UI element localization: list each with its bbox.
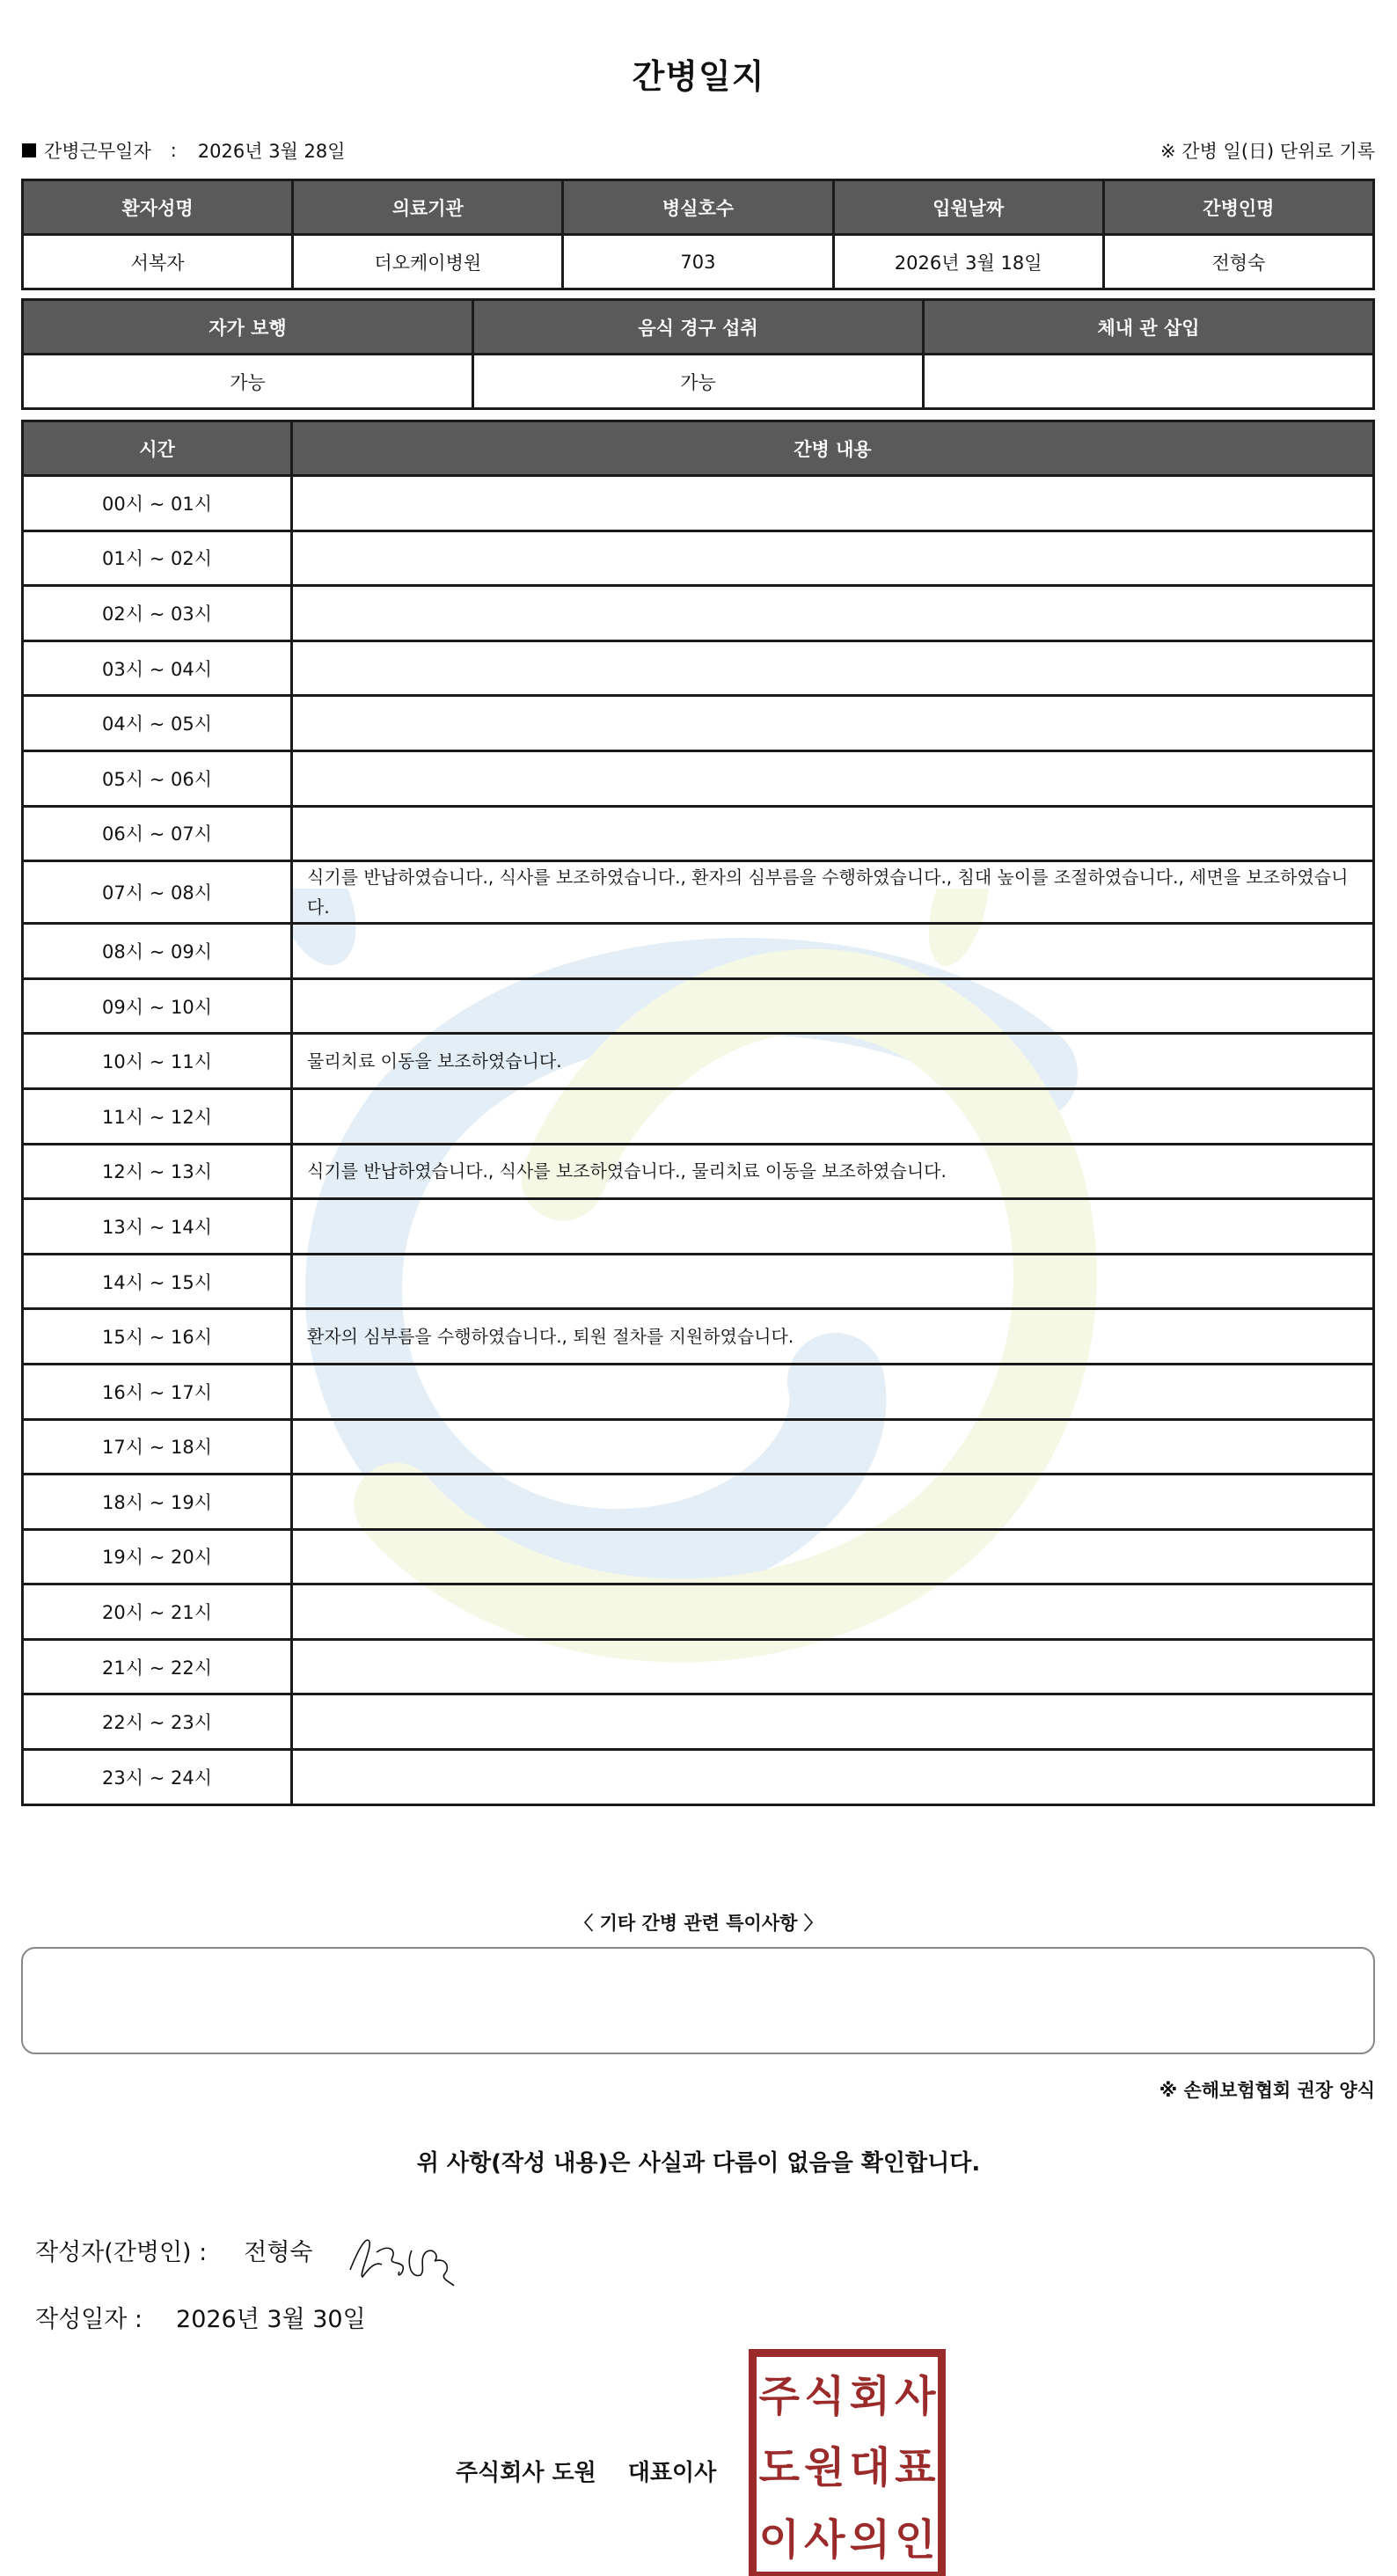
- hospital-cell: 더오케이병원: [293, 235, 563, 289]
- written-date-line: 작성일자 : 2026년 3월 30일: [35, 2300, 366, 2334]
- work-date-value: 2026년 3월 28일: [198, 137, 346, 164]
- time-slot-cell: 07시 ~ 08시: [23, 861, 292, 924]
- stamp-char: 사: [893, 2362, 939, 2423]
- time-slot-cell: 04시 ~ 05시: [23, 696, 292, 751]
- care-log-row: 11시 ~ 12시: [23, 1088, 1374, 1144]
- care-content-cell: [292, 1419, 1374, 1475]
- care-log-row: 08시 ~ 09시: [23, 924, 1374, 979]
- care-content-cell: [292, 1199, 1374, 1255]
- work-date-line: 간병근무일자 : 2026년 3월 28일: [22, 137, 346, 164]
- tube-insertion-cell: [924, 355, 1374, 409]
- condition-header-row: 자가 보행 음식 경구 섭취 체내 관 삽입: [23, 300, 1374, 355]
- form-note: ※ 손해보험협회 권장 양식: [1159, 2076, 1375, 2103]
- header-room-number: 병실호수: [563, 180, 833, 235]
- care-content-cell: [292, 586, 1374, 641]
- page-title: 간병일지: [0, 49, 1397, 98]
- care-content-cell: [292, 1475, 1374, 1530]
- care-log-row: 15시 ~ 16시환자의 심부름을 수행하였습니다., 퇴원 절차를 지원하였습…: [23, 1309, 1374, 1365]
- care-content-cell: 환자의 심부름을 수행하였습니다., 퇴원 절차를 지원하였습니다.: [292, 1309, 1374, 1365]
- time-slot-cell: 19시 ~ 20시: [23, 1529, 292, 1584]
- care-content-cell: [292, 1529, 1374, 1584]
- day-unit-note: ※ 간병 일(日) 단위로 기록: [1160, 137, 1375, 164]
- time-slot-cell: 11시 ~ 12시: [23, 1088, 292, 1144]
- care-content-cell: [292, 1254, 1374, 1309]
- care-log-row: 19시 ~ 20시: [23, 1529, 1374, 1584]
- patient-name-cell: 서복자: [23, 235, 293, 289]
- work-date-separator: :: [171, 140, 177, 161]
- time-slot-cell: 06시 ~ 07시: [23, 806, 292, 861]
- care-content-cell: 식기를 반납하였습니다., 식사를 보조하였습니다., 물리치료 이동을 보조하…: [292, 1144, 1374, 1199]
- time-slot-cell: 17시 ~ 18시: [23, 1419, 292, 1475]
- care-content-cell: [292, 531, 1374, 586]
- care-log-row: 17시 ~ 18시: [23, 1419, 1374, 1475]
- care-log-row: 14시 ~ 15시: [23, 1254, 1374, 1309]
- header-caregiver-name: 간병인명: [1103, 180, 1373, 235]
- admission-date-cell: 2026년 3월 18일: [833, 235, 1103, 289]
- care-content-cell: 물리치료 이동을 보조하였습니다.: [292, 1034, 1374, 1089]
- writer-name: 전형숙: [244, 2233, 312, 2267]
- care-content-cell: [292, 476, 1374, 531]
- time-slot-cell: 05시 ~ 06시: [23, 750, 292, 806]
- care-log-row: 23시 ~ 24시: [23, 1750, 1374, 1805]
- time-slot-cell: 21시 ~ 22시: [23, 1639, 292, 1694]
- stamp-char: 주: [757, 2362, 802, 2423]
- stamp-char: 식: [802, 2362, 848, 2423]
- stamp-char: 회: [847, 2362, 893, 2423]
- stamp-char: 사: [802, 2506, 848, 2566]
- time-slot-cell: 09시 ~ 10시: [23, 978, 292, 1034]
- confirmation-statement: 위 사항(작성 내용)은 사실과 다름이 없음을 확인합니다.: [0, 2145, 1397, 2177]
- time-slot-cell: 01시 ~ 02시: [23, 531, 292, 586]
- time-slot-cell: 13시 ~ 14시: [23, 1199, 292, 1255]
- stamp-char: 표: [893, 2433, 939, 2494]
- room-number-cell: 703: [563, 235, 833, 289]
- care-log-row: 10시 ~ 11시물리치료 이동을 보조하였습니다.: [23, 1034, 1374, 1089]
- care-log-row: 22시 ~ 23시: [23, 1694, 1374, 1750]
- stamp-char: 도: [757, 2433, 802, 2494]
- condition-value-row: 가능 가능: [23, 355, 1374, 409]
- caregiver-name-cell: 전형숙: [1103, 235, 1373, 289]
- time-slot-cell: 10시 ~ 11시: [23, 1034, 292, 1089]
- time-slot-cell: 14시 ~ 15시: [23, 1254, 292, 1309]
- header-care-content: 간병 내용: [292, 421, 1374, 476]
- stamp-char: 인: [893, 2506, 939, 2566]
- time-slot-cell: 03시 ~ 04시: [23, 640, 292, 696]
- writer-label: 작성자(간병인) :: [35, 2233, 207, 2267]
- header-patient-name: 환자성명: [23, 180, 293, 235]
- work-date-label: 간병근무일자: [44, 137, 151, 164]
- written-date-value: 2026년 3월 30일: [176, 2300, 366, 2334]
- care-content-cell: 식기를 반납하였습니다., 식사를 보조하였습니다., 환자의 심부름을 수행하…: [292, 861, 1374, 924]
- care-log-row: 01시 ~ 02시: [23, 531, 1374, 586]
- care-content-cell: [292, 696, 1374, 751]
- care-log-row: 13시 ~ 14시: [23, 1199, 1374, 1255]
- time-slot-cell: 22시 ~ 23시: [23, 1694, 292, 1750]
- patient-info-table: 환자성명 의료기관 병실호수 입원날짜 간병인명 서복자 더오케이병원 703 …: [21, 179, 1375, 290]
- time-slot-cell: 02시 ~ 03시: [23, 586, 292, 641]
- stamp-char: 원: [802, 2433, 848, 2494]
- care-log-row: 02시 ~ 03시: [23, 586, 1374, 641]
- written-date-label: 작성일자 :: [35, 2300, 143, 2334]
- care-log-table: 시간 간병 내용 00시 ~ 01시01시 ~ 02시02시 ~ 03시03시 …: [21, 420, 1375, 1806]
- care-log-row: 20시 ~ 21시: [23, 1584, 1374, 1640]
- oral-intake-cell: 가능: [473, 355, 924, 409]
- time-slot-cell: 08시 ~ 09시: [23, 924, 292, 979]
- care-content-cell: [292, 640, 1374, 696]
- care-log-row: 04시 ~ 05시: [23, 696, 1374, 751]
- company-seal-stamp: 주식회사도원대표이사의인: [749, 2349, 946, 2576]
- care-content-cell: [292, 1694, 1374, 1750]
- time-slot-cell: 23시 ~ 24시: [23, 1750, 292, 1805]
- ceo-title: 대표이사: [628, 2455, 716, 2487]
- condition-table: 자가 보행 음식 경구 섭취 체내 관 삽입 가능 가능: [21, 298, 1375, 410]
- care-log-body: 00시 ~ 01시01시 ~ 02시02시 ~ 03시03시 ~ 04시04시 …: [23, 476, 1374, 1805]
- patient-info-header-row: 환자성명 의료기관 병실호수 입원날짜 간병인명: [23, 180, 1374, 235]
- time-slot-cell: 12시 ~ 13시: [23, 1144, 292, 1199]
- care-log-row: 12시 ~ 13시식기를 반납하였습니다., 식사를 보조하였습니다., 물리치…: [23, 1144, 1374, 1199]
- patient-info-value-row: 서복자 더오케이병원 703 2026년 3월 18일 전형숙: [23, 235, 1374, 289]
- header-admission-date: 입원날짜: [833, 180, 1103, 235]
- care-log-row: 16시 ~ 17시: [23, 1364, 1374, 1419]
- care-log-row: 06시 ~ 07시: [23, 806, 1374, 861]
- stamp-char: 대: [847, 2433, 893, 2494]
- care-log-row: 18시 ~ 19시: [23, 1475, 1374, 1530]
- company-line: 주식회사 도원 대표이사: [456, 2455, 716, 2487]
- time-slot-cell: 00시 ~ 01시: [23, 476, 292, 531]
- care-content-cell: [292, 924, 1374, 979]
- special-notes-title: 〈 기타 간병 관련 특이사항 〉: [0, 1909, 1397, 1936]
- square-bullet-icon: [22, 143, 36, 157]
- care-content-cell: [292, 1750, 1374, 1805]
- care-log-row: 05시 ~ 06시: [23, 750, 1374, 806]
- company-name: 주식회사 도원: [456, 2455, 596, 2487]
- stamp-char: 의: [847, 2506, 893, 2566]
- time-slot-cell: 16시 ~ 17시: [23, 1364, 292, 1419]
- self-walking-cell: 가능: [23, 355, 473, 409]
- care-log-row: 09시 ~ 10시: [23, 978, 1374, 1034]
- stamp-characters: 주식회사도원대표이사의인: [757, 2357, 938, 2572]
- header-hospital: 의료기관: [293, 180, 563, 235]
- care-log-row: 03시 ~ 04시: [23, 640, 1374, 696]
- care-log-row: 21시 ~ 22시: [23, 1639, 1374, 1694]
- care-content-cell: [292, 750, 1374, 806]
- care-content-cell: [292, 1639, 1374, 1694]
- care-content-cell: [292, 1584, 1374, 1640]
- time-slot-cell: 15시 ~ 16시: [23, 1309, 292, 1365]
- header-self-walking: 자가 보행: [23, 300, 473, 355]
- care-content-cell: [292, 806, 1374, 861]
- care-content-cell: [292, 978, 1374, 1034]
- signature-icon: [341, 2226, 473, 2287]
- care-log-header-row: 시간 간병 내용: [23, 421, 1374, 476]
- writer-line: 작성자(간병인) : 전형숙: [35, 2233, 313, 2267]
- time-slot-cell: 18시 ~ 19시: [23, 1475, 292, 1530]
- header-tube-insertion: 체내 관 삽입: [924, 300, 1374, 355]
- stamp-char: 이: [757, 2506, 802, 2566]
- time-slot-cell: 20시 ~ 21시: [23, 1584, 292, 1640]
- care-log-row: 07시 ~ 08시식기를 반납하였습니다., 식사를 보조하였습니다., 환자의…: [23, 861, 1374, 924]
- header-time: 시간: [23, 421, 292, 476]
- care-content-cell: [292, 1364, 1374, 1419]
- care-log-row: 00시 ~ 01시: [23, 476, 1374, 531]
- header-oral-intake: 음식 경구 섭취: [473, 300, 924, 355]
- special-notes-box: [21, 1947, 1375, 2054]
- care-content-cell: [292, 1088, 1374, 1144]
